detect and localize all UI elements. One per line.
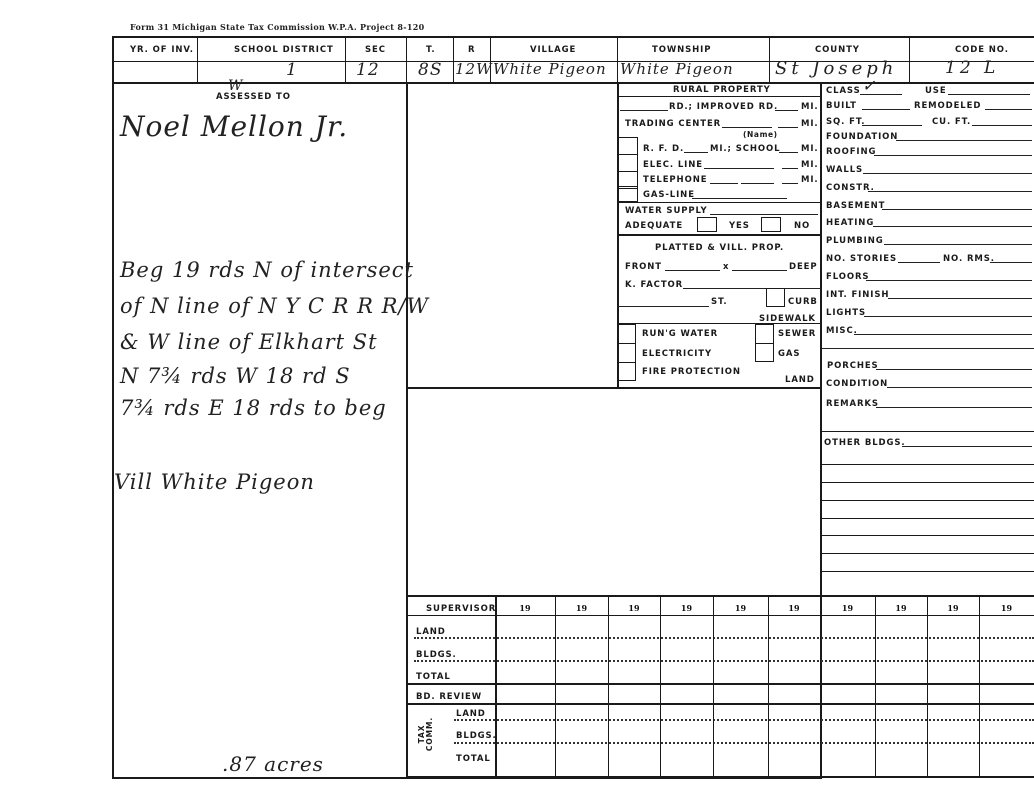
sewer-checkbox[interactable] [755,324,774,344]
fill-line [972,125,1032,126]
fill-line [710,214,818,215]
total-row-label: TOTAL [416,672,451,682]
valuation-col-divider [820,595,821,777]
fill-line [782,168,798,169]
building-field-label: INT. FINISH [826,290,889,300]
year-header: 19 [555,603,608,613]
valuation-col-divider [875,595,876,777]
fill-line [864,316,1032,317]
mi-unit: MI. [801,144,819,154]
fill-line [862,109,910,110]
deep-label: DEEP [789,262,818,272]
elec-line-label: ELEC. LINE [643,160,703,170]
fill-line [704,168,774,169]
building-field-label: LIGHTS [826,308,866,318]
building-field-label: FLOORS [826,272,869,282]
no-label: NO [794,221,810,231]
improved-rd-label: RD.; IMPROVED RD. [669,102,778,112]
fill-line [863,173,1032,174]
platted-bottom [406,387,820,389]
fill-line [617,306,709,307]
no-rms-label: NO. RMS. [943,254,995,264]
supervisor-label: SUPERVISOR [426,604,496,614]
fill-line [884,244,1032,245]
fill-line [779,152,798,153]
village-value: White Pigeon [493,60,607,78]
rural-property-title: RURAL PROPERTY [673,85,771,95]
fill-line [822,348,1034,349]
adequate-label: ADEQUATE [625,221,683,231]
water-supply-label: WATER SUPPLY [625,206,708,216]
trading-center-label: TRADING CENTER [625,119,721,129]
fill-line [876,369,1032,370]
sec-value: 12 [356,60,380,80]
header-bottom [112,82,1034,84]
other-bldgs-line [820,553,1034,554]
valuation-header-bottom [406,615,1034,616]
remarks-label: REMARKS [826,399,879,409]
description-line: & W line of Elkhart St [120,330,378,354]
name-caption: (Name) [743,130,778,139]
sec-label: SEC [365,45,386,55]
fill-line [873,226,1032,227]
fill-line [775,110,798,111]
dotted-line [454,742,1034,744]
other-bldgs-label: OTHER BLDGS. [824,438,906,448]
other-bldgs-line [820,535,1034,536]
form-title: Form 31 Michigan State Tax Commission W.… [130,22,424,32]
k-factor-label: K. FACTOR [625,280,683,290]
gas-line-checkbox[interactable] [617,186,638,202]
col-divider [406,36,407,82]
fill-line [620,110,668,111]
acreage-text: .87 acres [222,752,324,776]
description-line: of N line of N Y C R R R/W [120,294,429,318]
fill-line [868,191,1032,192]
other-bldgs-line [820,482,1034,483]
yes-label: YES [729,221,750,231]
fill-line [948,94,1030,95]
rfd-checkbox[interactable] [617,137,638,155]
built-label: BUILT [826,101,857,111]
bd-review-label: BD. REVIEW [416,692,482,702]
building-field-label: HEATING [826,218,874,228]
year-header: 19 [495,603,555,613]
gas-line-label: GAS-LINE [643,190,695,200]
land-row-label: LAND [416,627,446,637]
valuation-col-divider [927,595,928,777]
col-divider [345,36,346,82]
fire-protection-checkbox[interactable] [617,362,636,381]
electricity-label: ELECTRICITY [642,349,712,359]
mi-unit: MI. [801,175,819,185]
other-bldgs-line [820,500,1034,501]
fill-line [876,407,1032,408]
valuation-col-divider [660,595,661,777]
no-stories-label: NO. STORIES [826,254,897,264]
tc-bldgs-label: BLDGS. [456,731,497,741]
fill-line [888,298,1032,299]
curb-checkbox[interactable] [766,288,785,307]
valuation-col-divider [979,595,980,777]
township-value: White Pigeon [620,60,734,78]
frame-top [112,36,1034,38]
rfd-label: R. F. D. [643,144,684,154]
bldgs-row-label: BLDGS. [416,650,457,660]
st-label: ST. [711,297,728,307]
condition-label: CONDITION [826,379,888,389]
valuation-divider [406,703,1034,705]
fill-line [874,155,1032,156]
curb-label: CURB [788,297,818,307]
description-line: 7¾ rds E 18 rds to beg [120,396,387,420]
fill-line [862,125,922,126]
valuation-col-divider [555,595,556,777]
fill-line [722,127,772,128]
front-label: FRONT [625,262,662,272]
year-header: 19 [660,603,713,613]
fill-line [882,209,1032,210]
fill-line [887,387,1032,388]
telephone-label: TELEPHONE [643,175,707,185]
col-divider [197,36,198,82]
fill-line [741,183,774,184]
county-label: COUNTY [815,45,860,55]
r-value: 12W [455,60,493,78]
fill-line [782,183,798,184]
other-bldgs-line [820,518,1034,519]
class-label: CLASS [826,86,861,96]
dotted-line [454,719,1034,721]
col-divider [453,36,454,82]
dotted-line [414,637,1034,639]
school-district-value: 1 [286,60,298,80]
electricity-checkbox[interactable] [617,343,636,363]
location-text: Vill White Pigeon [114,470,315,494]
gas-label: GAS [778,349,800,359]
description-line: N 7¾ rds W 18 rd S [120,364,351,388]
land-label: LAND [785,375,815,385]
valuation-top [406,595,1034,597]
village-label: VILLAGE [530,45,576,55]
cu-ft-label: CU. FT. [932,117,971,127]
dotted-line [414,660,1034,662]
valuation-col-divider [768,595,769,777]
mi-unit: MI. [801,102,819,112]
building-field-label: WALLS [826,165,863,175]
rural-bottom [617,234,820,236]
building-field-label: ROOFING [826,147,876,157]
township-label: TOWNSHIP [652,45,711,55]
tax-comm-label: TAX COMM. [418,714,434,754]
assessed-annotation: W [228,78,243,94]
sewer-label: SEWER [778,329,816,339]
fill-line [732,270,787,271]
platted-title: PLATTED & VILL. PROP. [655,243,784,253]
tc-total-label: TOTAL [456,754,491,764]
porches-label: PORCHES [827,361,879,371]
running-water-checkbox[interactable] [617,324,636,344]
by-label: x [723,262,729,272]
building-field-label: BASEMENT [826,201,885,211]
fill-line [985,109,1032,110]
yr-of-inv-label: YR. OF INV. [130,45,194,55]
fill-line [866,280,1032,281]
col-divider [769,36,770,82]
frame-left [112,36,114,778]
valuation-col-divider [713,595,714,777]
mi-unit: MI. [801,119,819,129]
year-header: 19 [768,603,820,613]
year-header: 19 [713,603,768,613]
elec-line-checkbox[interactable] [617,154,638,172]
fill-line [854,334,1032,335]
valuation-col-divider [495,595,497,777]
other-bldgs-line [820,571,1034,572]
remodeled-label: REMODELED [914,101,981,111]
school-label: MI.; SCHOOL [710,144,780,154]
fill-line [710,183,738,184]
fill-line [898,262,940,263]
adequate-yes-checkbox[interactable] [697,217,717,232]
fill-line [684,152,708,153]
adequate-no-checkbox[interactable] [761,217,781,232]
fill-line [896,140,1032,141]
owner-name: Noel Mellon Jr. [120,110,348,143]
rural-divider [617,202,820,203]
year-header: 19 [927,603,979,613]
building-field-label: MISC. [826,326,858,336]
remarks-divider [820,431,1034,432]
fill-line [990,262,1032,263]
class-check-mark: ✓ [862,76,876,95]
other-bldgs-line [820,464,1034,465]
valuation-divider [406,683,1034,685]
col-divider [617,36,618,82]
fill-line [683,288,820,289]
valuation-bottom [406,776,1034,778]
range-label: R [468,45,475,55]
valuation-col-divider [608,595,609,777]
year-header: 19 [979,603,1034,613]
year-header: 19 [608,603,660,613]
tc-land-label: LAND [456,709,486,719]
fill-line [665,270,720,271]
assessed-right-border [406,82,408,778]
fill-line [692,198,787,199]
t-value: 8S [418,60,442,80]
platted-divider [617,323,820,324]
rural-divider [617,96,820,97]
use-label: USE [925,86,947,96]
gas-checkbox[interactable] [755,343,774,362]
running-water-label: RUN'G WATER [642,329,718,339]
description-line: Beg 19 rds N of intersect [120,258,414,282]
school-district-label: SCHOOL DISTRICT [234,45,334,55]
mi-unit: MI. [801,160,819,170]
fill-line [902,446,1032,447]
building-field-label: PLUMBING [826,236,884,246]
col-divider [909,36,910,82]
fire-protection-label: FIRE PROTECTION [642,367,741,377]
sq-ft-label: SQ. FT. [826,117,865,127]
code-no-value: 12 L [945,58,999,78]
fill-line [778,127,798,128]
year-header: 19 [875,603,927,613]
building-field-label: FOUNDATION [826,132,898,142]
township-t-label: T. [426,45,436,55]
county-value: St Joseph [775,58,897,79]
code-no-label: CODE NO. [955,45,1009,55]
year-header: 19 [820,603,875,613]
